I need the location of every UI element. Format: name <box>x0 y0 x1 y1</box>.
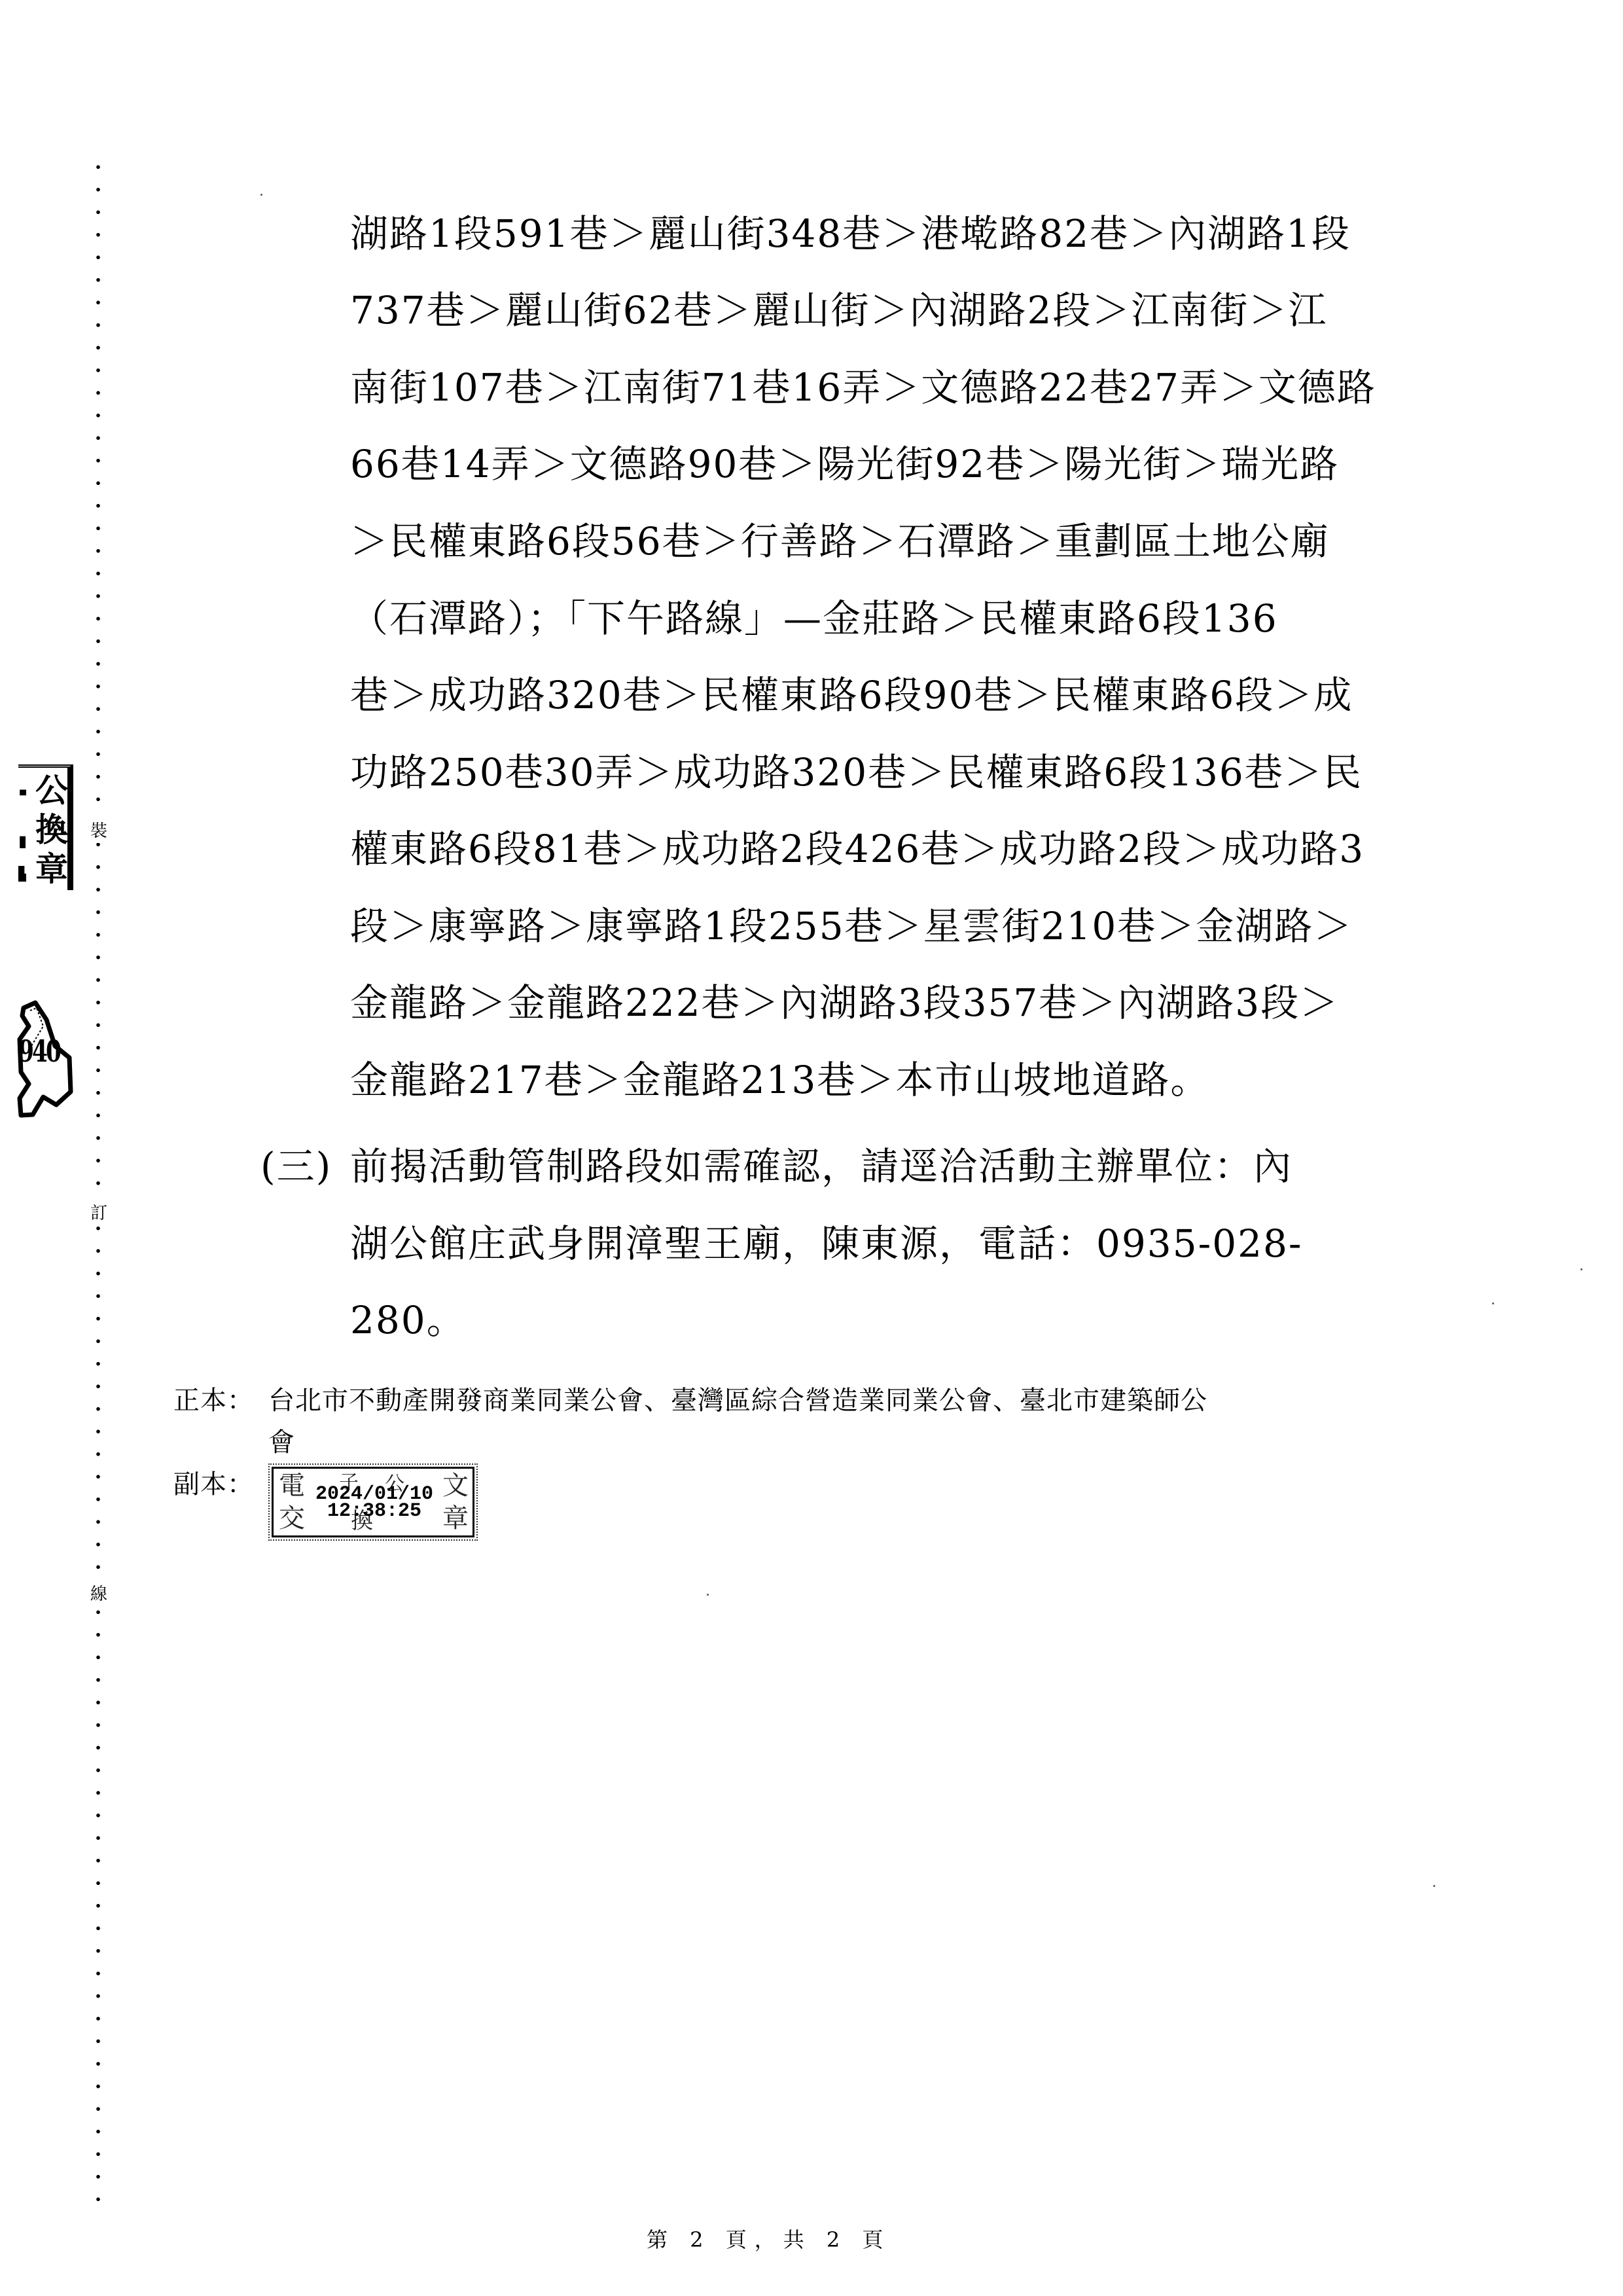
item-3-line: 湖公館庄武身開漳聖王廟，陳東源，電話：0935-028- <box>350 1221 1303 1266</box>
route-line: 南街107巷＞江南街71巷16弄＞文德路22巷27弄＞文德路 <box>350 365 1376 410</box>
scan-speck <box>1433 1885 1435 1887</box>
route-line: 737巷＞麗山街62巷＞麗山街＞內湖路2段＞江南街＞江 <box>350 287 1327 333</box>
seal-edge-mark: ▙ <box>18 866 26 882</box>
stamp-time: 12:38:25 <box>315 1503 433 1520</box>
seal-edge-mark: ▮ <box>18 833 26 849</box>
route-line: 功路250巷30弄＞成功路320巷＞民權東路6段136巷＞民 <box>350 749 1363 795</box>
route-line: 金龍路＞金龍路222巷＞內湖路3段357巷＞內湖路3段＞ <box>350 980 1339 1026</box>
binding-label-ding: 訂 <box>88 1202 110 1225</box>
margin-partial-seal: 940 <box>17 1000 73 1118</box>
stamp-char: 交 <box>279 1504 305 1533</box>
seal-digits: 940 <box>18 1034 60 1068</box>
route-line: （石潭路）；「下午路線」—金莊路＞民權東路6段136 <box>350 596 1278 641</box>
seal-char: 公 <box>34 773 69 808</box>
stamp-char: 章 <box>442 1504 469 1533</box>
original-recipients: 台北市不動產開發商業同業公會、臺灣區綜合營造業同業公會、臺北市建築師公 <box>268 1385 1207 1416</box>
route-line: 巷＞成功路320巷＞民權東路6段90巷＞民權東路6段＞成 <box>350 672 1353 718</box>
document-page: 裝 訂 線 ▬ ▮ ▙ 公 換 章 940 湖路1段591巷＞麗山街348巷＞港… <box>0 0 1623 2296</box>
seal-char: 章 <box>34 852 69 887</box>
scan-speck <box>1492 1302 1494 1304</box>
route-line: 段＞康寧路＞康寧路1段255巷＞星雲街210巷＞金湖路＞ <box>350 903 1353 949</box>
copy-recipients-label: 副本： <box>173 1469 254 1500</box>
scan-speck <box>707 1594 709 1596</box>
item-3-marker: (三) <box>260 1143 332 1189</box>
seal-char: 換 <box>34 812 69 848</box>
page-number: 第 2 頁，共 2 頁 <box>647 2225 891 2254</box>
route-line: 湖路1段591巷＞麗山街348巷＞港墘路82巷＞內湖路1段 <box>350 211 1351 257</box>
scan-speck <box>1580 1268 1582 1270</box>
binding-label-zhuang: 裝 <box>88 819 110 843</box>
margin-exchange-seal: ▬ ▮ ▙ 公 換 章 <box>18 764 73 890</box>
binding-label-xian: 線 <box>88 1583 110 1606</box>
route-line: 金龍路217巷＞金龍路213巷＞本市山坡地道路。 <box>350 1057 1209 1103</box>
scan-speck <box>260 194 262 196</box>
route-line: ＞民權東路6段56巷＞行善路＞石潭路＞重劃區土地公廟 <box>350 518 1330 564</box>
electronic-exchange-stamp: 電 交 子 公 換 文 章 2024/01/10 12:38:25 <box>268 1463 478 1541</box>
stamp-char: 電 <box>279 1471 305 1500</box>
item-3-line: 280。 <box>350 1297 466 1343</box>
original-recipients-label: 正本： <box>173 1385 254 1416</box>
item-3-line: 前揭活動管制路段如需確認，請逕洽活動主辦單位：內 <box>350 1143 1293 1189</box>
route-line: 66巷14弄＞文德路90巷＞陽光街92巷＞陽光街＞瑞光路 <box>350 441 1339 487</box>
route-line: 權東路6段81巷＞成功路2段426巷＞成功路2段＞成功路3 <box>350 826 1364 872</box>
binding-dotted-line <box>96 156 100 2211</box>
original-recipients-cont: 會 <box>268 1427 295 1458</box>
stamp-char: 文 <box>442 1471 469 1500</box>
seal-edge-mark: ▬ <box>18 783 26 799</box>
